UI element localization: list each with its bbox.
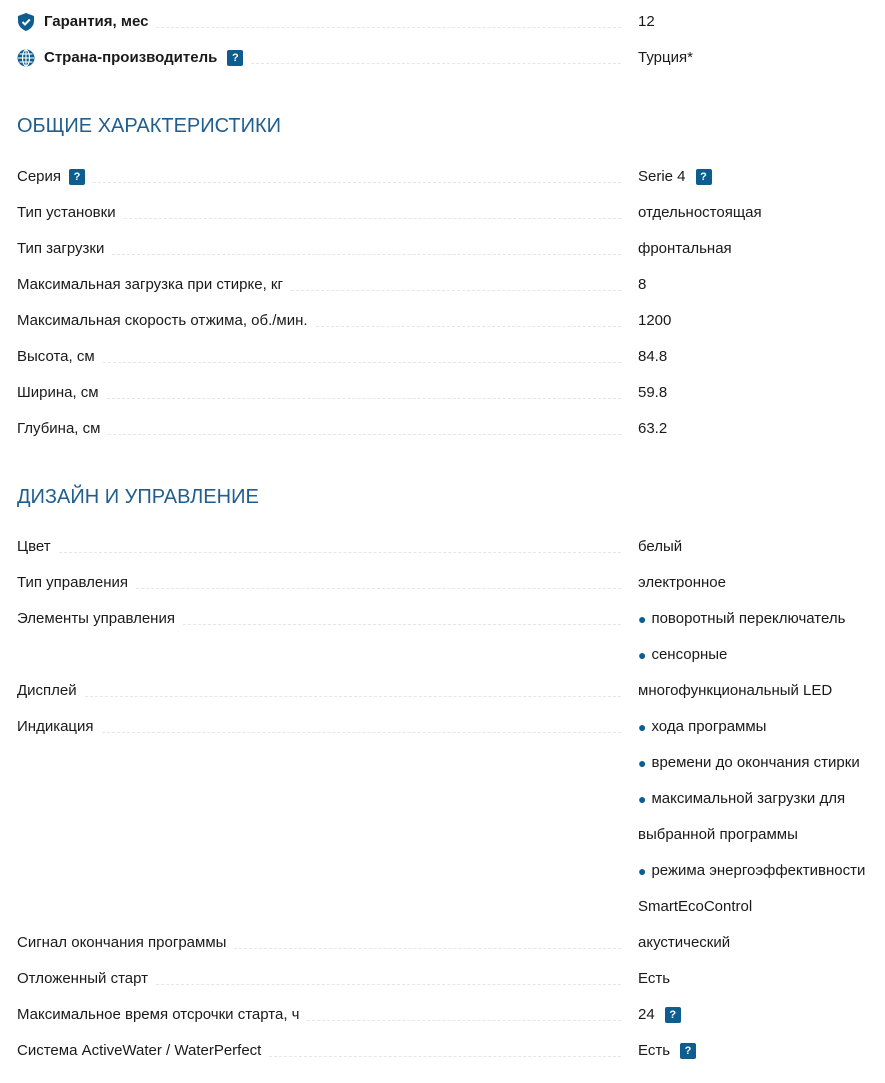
spec-row-continuation: ●сенсорные (17, 637, 885, 673)
spec-label: Ширина, см (17, 375, 107, 411)
dotted-leader (59, 552, 621, 553)
section-title-general: ОБЩИЕ ХАРАКТЕРИСТИКИ (17, 107, 885, 145)
spec-row: Цвет белый (17, 529, 885, 565)
spec-row: Ширина, см 59.8 (17, 375, 885, 411)
spec-value: Есть (638, 1033, 670, 1069)
spec-label: Максимальная скорость отжима, об./мин. (17, 303, 316, 339)
spec-value: выбранной программы (638, 817, 798, 853)
spec-label: Страна-производитель (44, 40, 225, 76)
spec-value: сенсорные (651, 637, 727, 673)
dotted-leader (103, 362, 621, 363)
spec-value: 59.8 (638, 375, 667, 411)
spec-label: Глубина, см (17, 411, 108, 447)
spec-row: Глубина, см 63.2 (17, 411, 885, 447)
help-icon[interactable]: ? (227, 50, 243, 66)
spec-value: поворотный переключатель (651, 601, 845, 637)
spec-value: 1200 (638, 303, 671, 339)
dotted-leader (136, 588, 621, 589)
dotted-leader (85, 696, 621, 697)
spec-label: Элементы управления (17, 601, 183, 637)
spec-row: Отложенный старт Есть (17, 961, 885, 997)
spec-value: 63.2 (638, 411, 667, 447)
spec-value: Турция* (638, 40, 693, 76)
spec-row: Тип загрузки фронтальная (17, 231, 885, 267)
spec-label: Гарантия, мес (44, 4, 156, 40)
spec-row-continuation: SmartEcoControl (17, 889, 885, 925)
spec-row-continuation: ●режима энергоэффективности (17, 853, 885, 889)
bullet-icon: ● (638, 709, 646, 745)
spec-label: Цвет (17, 529, 59, 565)
spec-row: Тип управления электронное (17, 565, 885, 601)
dotted-leader (107, 398, 621, 399)
spec-value: 84.8 (638, 339, 667, 375)
dotted-leader (307, 1020, 621, 1021)
spec-label: Индикация (17, 709, 102, 745)
shield-check-icon (17, 13, 35, 31)
spec-value: 8 (638, 267, 646, 303)
spec-label: Максимальная загрузка при стирке, кг (17, 267, 291, 303)
dotted-leader (234, 948, 621, 949)
help-icon[interactable]: ? (665, 1007, 681, 1023)
spec-label: Система ActiveWater / WaterPerfect (17, 1033, 269, 1069)
bullet-icon: ● (638, 781, 646, 817)
dotted-leader (251, 63, 621, 64)
spec-row: Индикация ●хода программы (17, 709, 885, 745)
spec-value: фронтальная (638, 231, 732, 267)
dotted-leader (112, 254, 621, 255)
spec-row-continuation: выбранной программы (17, 817, 885, 853)
spec-row: Тип установки отдельностоящая (17, 195, 885, 231)
dotted-leader (102, 732, 621, 733)
spec-label: Тип установки (17, 195, 124, 231)
spec-sheet: Гарантия, мес 12 Страна-производитель ? … (0, 4, 885, 1069)
dotted-leader (93, 182, 621, 183)
dotted-leader (108, 434, 621, 435)
spec-value: многофункциональный LED (638, 673, 832, 709)
spec-value: 12 (638, 4, 655, 40)
spec-value: 24 (638, 997, 655, 1033)
spec-label: Тип управления (17, 565, 136, 601)
spec-label: Дисплей (17, 673, 85, 709)
spec-row: Элементы управления ●поворотный переключ… (17, 601, 885, 637)
spec-row: Дисплей многофункциональный LED (17, 673, 885, 709)
spec-value: электронное (638, 565, 726, 601)
spec-label: Максимальное время отсрочки старта, ч (17, 997, 307, 1033)
spec-row: Серия ? Serie 4? (17, 159, 885, 195)
spec-row-country: Страна-производитель ? Турция* (17, 40, 885, 76)
bullet-icon: ● (638, 853, 646, 889)
help-icon[interactable]: ? (680, 1043, 696, 1059)
spec-value: хода программы (651, 709, 766, 745)
dotted-leader (316, 326, 621, 327)
dotted-leader (156, 984, 621, 985)
spec-value: отдельностоящая (638, 195, 762, 231)
spec-label: Отложенный старт (17, 961, 156, 997)
spec-row-continuation: ●времени до окончания стирки (17, 745, 885, 781)
spec-value: Serie 4 (638, 159, 686, 195)
dotted-leader (156, 27, 621, 28)
bullet-icon: ● (638, 637, 646, 673)
spec-value: времени до окончания стирки (651, 745, 859, 781)
spec-value: максимальной загрузки для (651, 781, 845, 817)
spec-label: Тип загрузки (17, 231, 112, 267)
spec-row: Сигнал окончания программы акустический (17, 925, 885, 961)
globe-icon (17, 49, 35, 67)
dotted-leader (291, 290, 621, 291)
spec-label: Высота, см (17, 339, 103, 375)
help-icon[interactable]: ? (696, 169, 712, 185)
spec-row-warranty: Гарантия, мес 12 (17, 4, 885, 40)
help-icon[interactable]: ? (69, 169, 85, 185)
spec-row: Высота, см 84.8 (17, 339, 885, 375)
section-title-design: ДИЗАЙН И УПРАВЛЕНИЕ (17, 478, 885, 516)
bullet-icon: ● (638, 745, 646, 781)
spec-value: SmartEcoControl (638, 889, 752, 925)
spec-value: режима энергоэффективности (651, 853, 865, 889)
spec-row-continuation: ●максимальной загрузки для (17, 781, 885, 817)
bullet-icon: ● (638, 601, 646, 637)
spec-row: Максимальная загрузка при стирке, кг 8 (17, 267, 885, 303)
spec-label: Сигнал окончания программы (17, 925, 234, 961)
spec-row: Максимальное время отсрочки старта, ч 24… (17, 997, 885, 1033)
spec-label: Серия (17, 159, 67, 195)
spec-row: Максимальная скорость отжима, об./мин. 1… (17, 303, 885, 339)
spec-row: Система ActiveWater / WaterPerfect Есть? (17, 1033, 885, 1069)
dotted-leader (183, 624, 621, 625)
spec-value: Есть (638, 961, 670, 997)
dotted-leader (269, 1056, 621, 1057)
dotted-leader (124, 218, 621, 219)
spec-value: акустический (638, 925, 730, 961)
spec-value: белый (638, 529, 682, 565)
